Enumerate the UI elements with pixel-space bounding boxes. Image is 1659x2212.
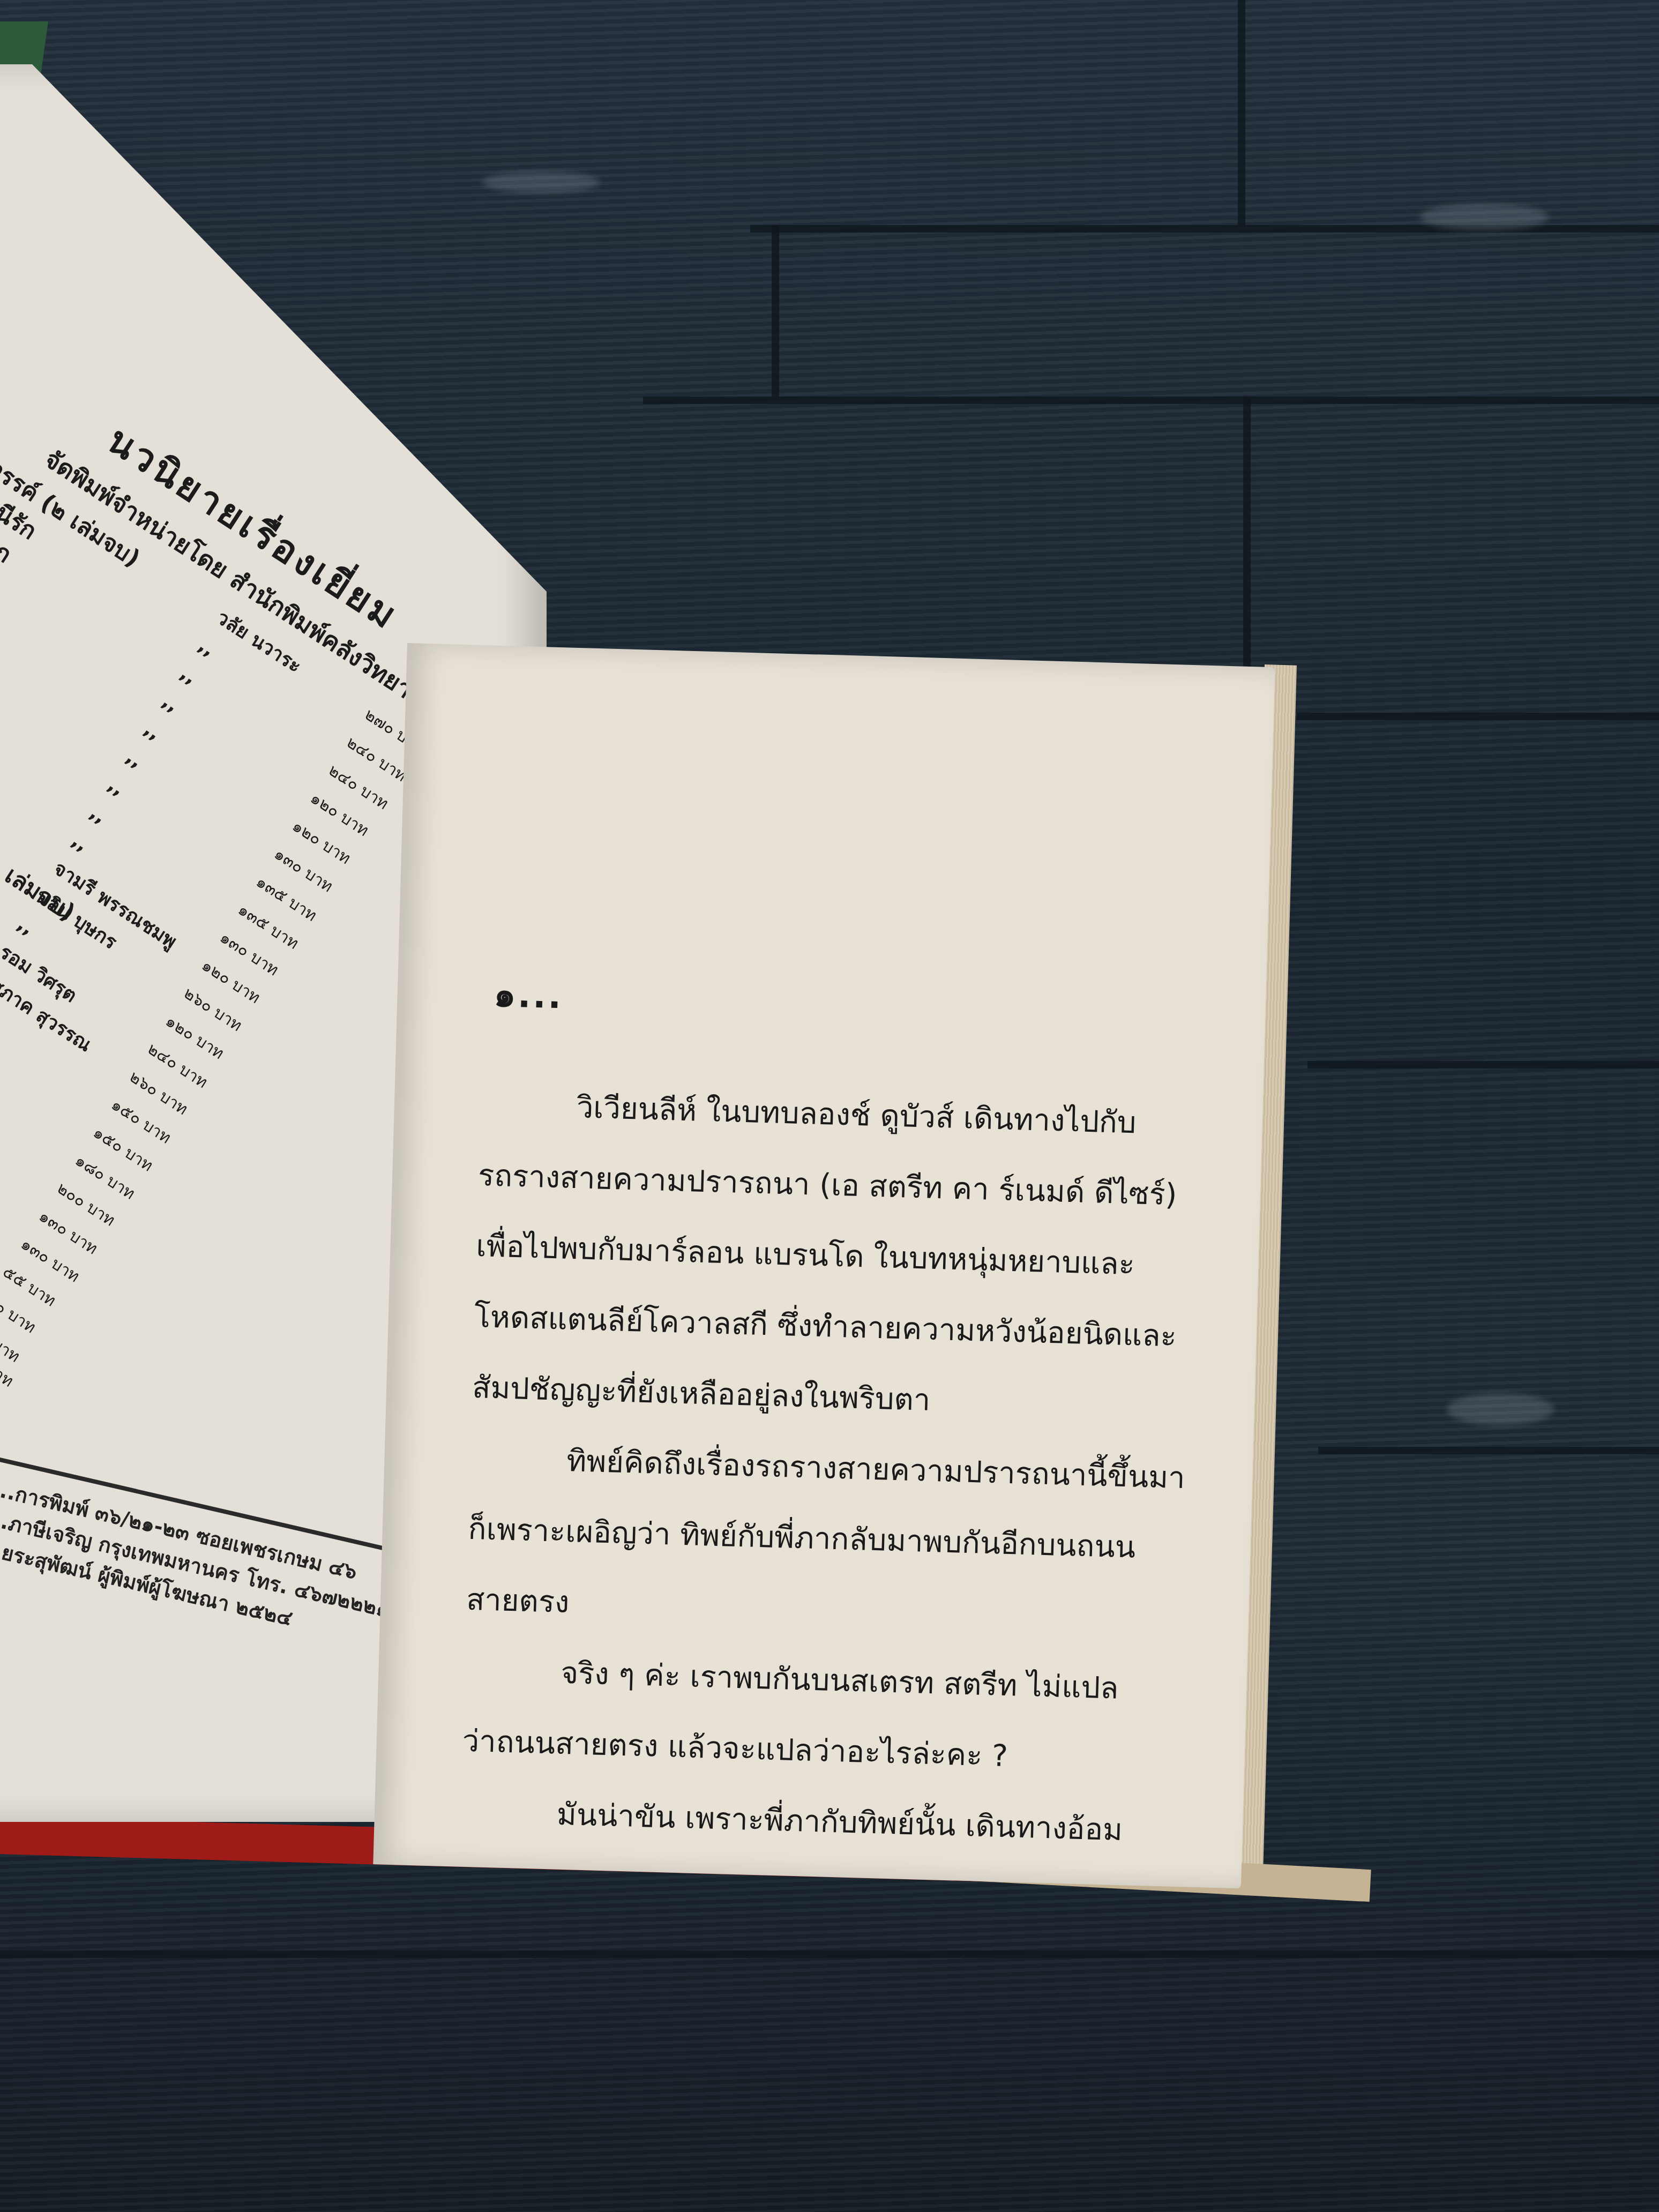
- chapter-body: ๑... วิเวียนลีห์ ในบทบลองช์ ดูบัวส์ เดิน…: [459, 967, 1180, 1867]
- brick-joint: [1307, 1061, 1659, 1068]
- brick-joint: [1297, 713, 1659, 720]
- brick-joint: [1318, 1447, 1659, 1454]
- brick-joint: [1238, 0, 1245, 225]
- brick-joint: [772, 225, 779, 397]
- brick-joint: [1243, 397, 1251, 713]
- paragraph-lines: วิเวียนลีห์ ในบทบลองช์ ดูบัวส์ เดินทางไป…: [459, 1070, 1177, 1867]
- chapter-number: ๑...: [493, 967, 1180, 1041]
- wall-glare: [482, 171, 600, 193]
- brick-joint: [0, 1951, 1659, 1958]
- wall-glare: [1447, 1393, 1554, 1425]
- brick-joint: [643, 397, 1659, 404]
- wall-glare: [1420, 204, 1549, 230]
- right-page: ๑... วิเวียนลีห์ ในบทบลองช์ ดูบัวส์ เดิน…: [373, 643, 1275, 1888]
